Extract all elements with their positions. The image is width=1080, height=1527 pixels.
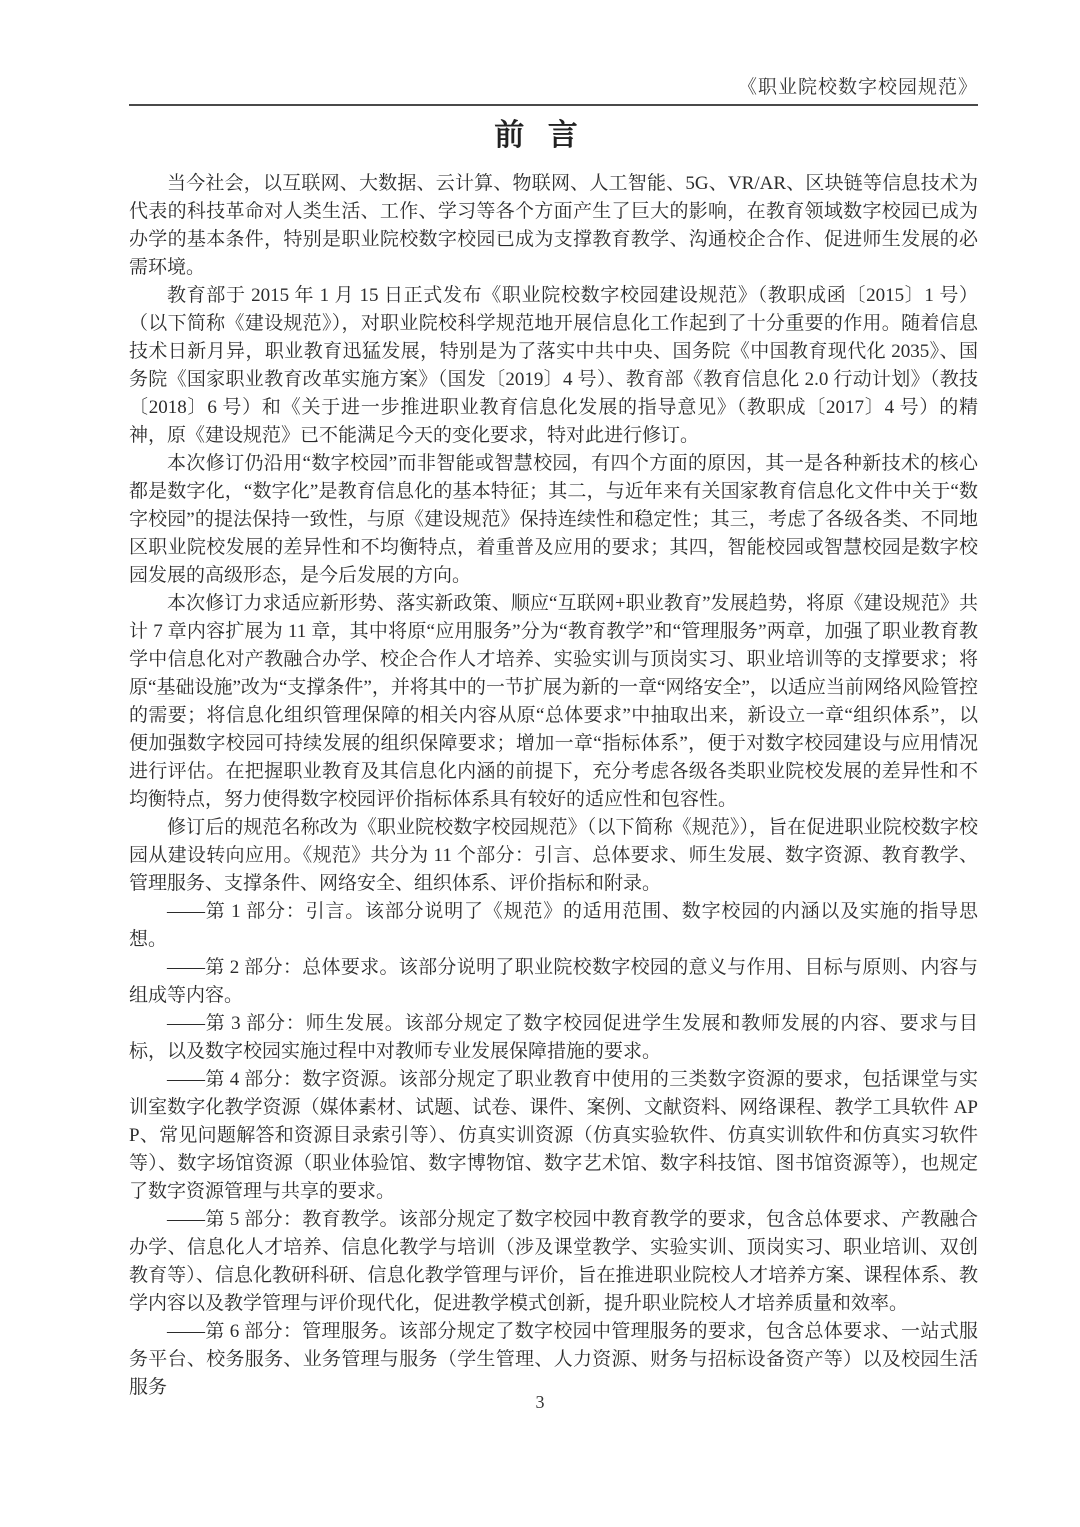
section-item-part3: ——第 3 部分：师生发展。该部分规定了数字校园促进学生发展和教师发展的内容、要… xyxy=(129,1010,978,1066)
page-header: 《职业院校数字校园规范》 xyxy=(129,72,978,106)
section-item-part6: ——第 6 部分：管理服务。该部分规定了数字校园中管理服务的要求，包含总体要求、… xyxy=(129,1318,978,1402)
section-item-part5: ——第 5 部分：教育教学。该部分规定了数字校园中教育教学的要求，包含总体要求、… xyxy=(129,1206,978,1318)
section-item-part4: ——第 4 部分：数字资源。该部分规定了职业教育中使用的三类数字资源的要求，包括… xyxy=(129,1066,978,1206)
paragraph-revision-scope: 本次修订力求适应新形势、落实新政策、顺应“互联网+职业教育”发展趋势，将原《建设… xyxy=(129,590,978,814)
section-item-part2: ——第 2 部分：总体要求。该部分说明了职业院校数字校园的意义与作用、目标与原则… xyxy=(129,954,978,1010)
paragraph-intro: 当今社会，以互联网、大数据、云计算、物联网、人工智能、5G、VR/AR、区块链等… xyxy=(129,170,978,282)
section-item-part1: ——第 1 部分：引言。该部分说明了《规范》的适用范围、数字校园的内涵以及实施的… xyxy=(129,898,978,954)
page-number: 3 xyxy=(536,1392,545,1412)
paragraph-naming-reason: 本次修订仍沿用“数字校园”而非智能或智慧校园，有四个方面的原因，其一是各种新技术… xyxy=(129,450,978,590)
document-body: 当今社会，以互联网、大数据、云计算、物联网、人工智能、5G、VR/AR、区块链等… xyxy=(129,170,978,1402)
page-footer: 3 xyxy=(0,1392,1080,1413)
header-doc-title: 《职业院校数字校园规范》 xyxy=(738,77,978,98)
paragraph-background: 教育部于 2015 年 1 月 15 日正式发布《职业院校数字校园建设规范》（教… xyxy=(129,282,978,450)
paragraph-structure: 修订后的规范名称改为《职业院校数字校园规范》（以下简称《规范》），旨在促进职业院… xyxy=(129,814,978,898)
document-page: 《职业院校数字校园规范》 前 言 当今社会，以互联网、大数据、云计算、物联网、人… xyxy=(0,0,1080,1527)
